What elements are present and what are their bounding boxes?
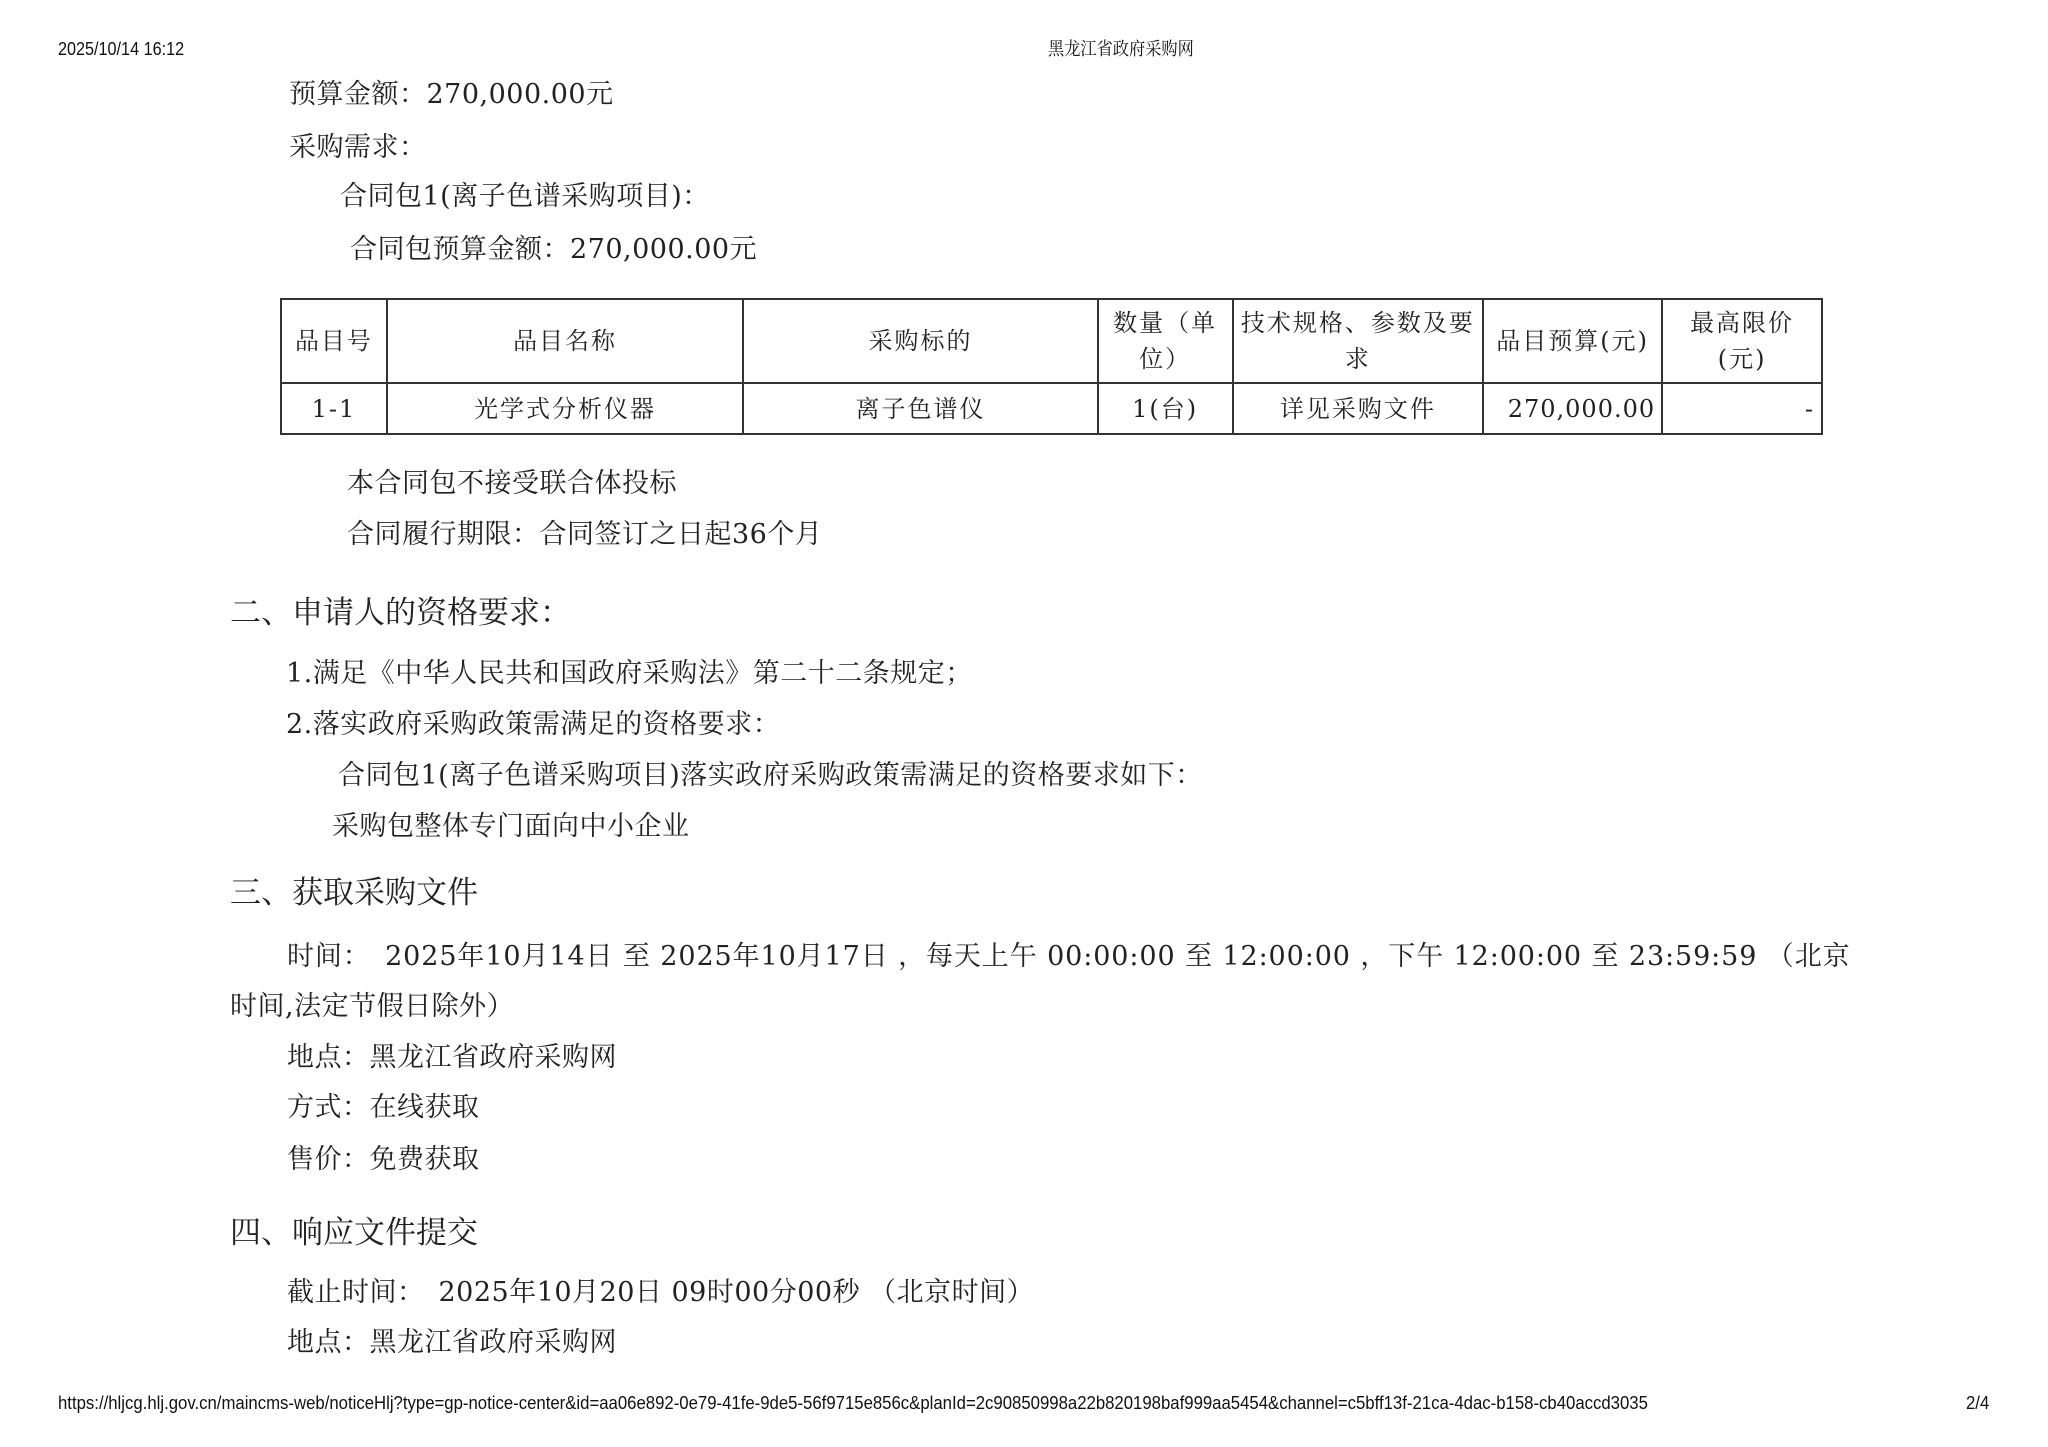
- qualification-item-2: 2.落实政府采购政策需满足的资格要求：: [286, 708, 780, 742]
- acquire-location: 地点：黑龙江省政府采购网: [287, 1041, 617, 1075]
- cell-max-price: -: [1662, 383, 1822, 434]
- cell-subject: 离子色谱仪: [743, 383, 1097, 434]
- submission-deadline: 截止时间： 2025年10月20日 09时00分00秒 （北京时间）: [287, 1276, 1034, 1310]
- qualification-item-1: 1.满足《中华人民共和国政府采购法》第二十二条规定；: [286, 657, 973, 691]
- acquire-time-line-2: 时间,法定节假日除外）: [230, 990, 514, 1024]
- acquire-method: 方式：在线获取: [287, 1091, 480, 1125]
- table-header-row: 品目号 品目名称 采购标的 数量（单位） 技术规格、参数及要求 品目预算(元) …: [281, 299, 1822, 383]
- contract-term: 合同履行期限：合同签订之日起36个月: [347, 518, 822, 552]
- header-quantity: 数量（单位）: [1098, 299, 1233, 383]
- print-timestamp: 2025/10/14 16:12: [58, 38, 184, 60]
- cell-item-no: 1-1: [281, 383, 387, 434]
- requirements-label: 采购需求：: [289, 131, 427, 165]
- site-title: 黑龙江省政府采购网: [1048, 38, 1194, 60]
- page-number: 2/4: [1966, 1392, 1989, 1414]
- cell-spec: 详见采购文件: [1233, 383, 1484, 434]
- section-2-title: 二、申请人的资格要求：: [230, 593, 571, 633]
- cell-quantity: 1(台): [1098, 383, 1233, 434]
- cell-budget: 270,000.00: [1483, 383, 1662, 434]
- submission-location: 地点：黑龙江省政府采购网: [287, 1326, 617, 1360]
- sme-line: 采购包整体专门面向中小企业: [332, 810, 690, 844]
- table-row: 1-1 光学式分析仪器 离子色谱仪 1(台) 详见采购文件 270,000.00…: [281, 383, 1822, 434]
- header-budget: 品目预算(元): [1483, 299, 1662, 383]
- items-table: 品目号 品目名称 采购标的 数量（单位） 技术规格、参数及要求 品目预算(元) …: [280, 298, 1823, 435]
- header-item-name: 品目名称: [387, 299, 743, 383]
- header-spec: 技术规格、参数及要求: [1233, 299, 1484, 383]
- consortium-note: 本合同包不接受联合体投标: [347, 467, 677, 501]
- cell-item-name: 光学式分析仪器: [387, 383, 743, 434]
- budget-total: 预算金额：270,000.00元: [289, 78, 614, 112]
- package-title: 合同包1(离子色谱采购项目)：: [340, 180, 710, 214]
- header-subject: 采购标的: [743, 299, 1097, 383]
- acquire-time-line-1: 时间： 2025年10月14日 至 2025年10月17日 ，每天上午 00:0…: [287, 940, 1851, 974]
- acquire-price: 售价：免费获取: [287, 1143, 480, 1177]
- package-policy-line: 合同包1(离子色谱采购项目)落实政府采购政策需满足的资格要求如下：: [338, 759, 1203, 793]
- section-3-title: 三、获取采购文件: [230, 873, 478, 913]
- header-max-price: 最高限价(元): [1662, 299, 1822, 383]
- package-budget: 合同包预算金额：270,000.00元: [350, 233, 757, 267]
- section-4-title: 四、响应文件提交: [230, 1213, 478, 1253]
- page-url: https://hljcg.hlj.gov.cn/maincms-web/not…: [58, 1392, 1648, 1414]
- header-item-no: 品目号: [281, 299, 387, 383]
